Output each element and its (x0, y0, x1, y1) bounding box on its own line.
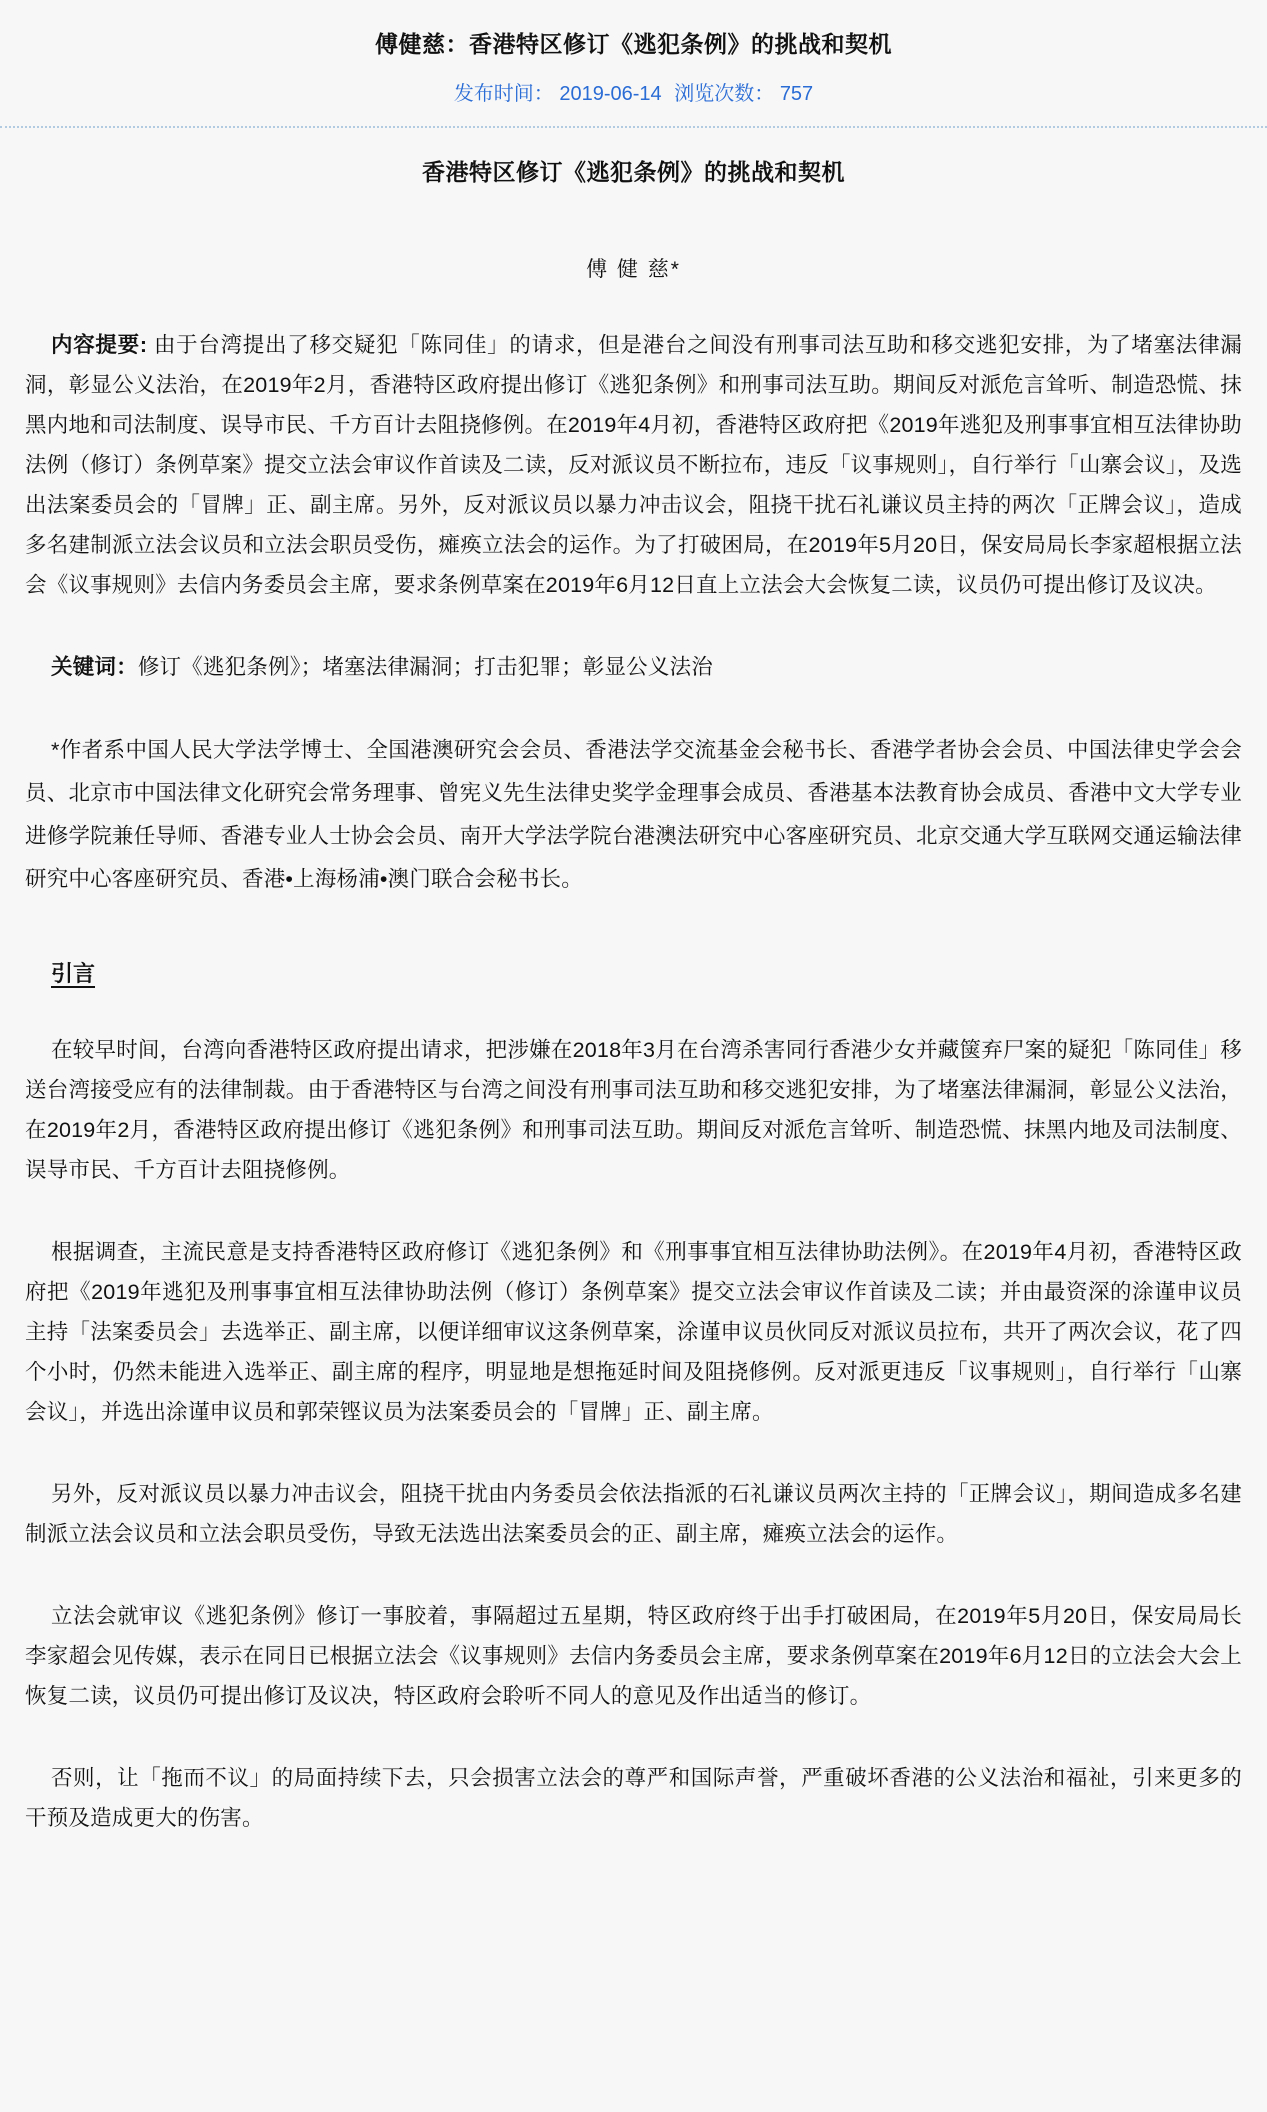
intro-paragraph-5: 否则，让「拖而不议」的局面持续下去，只会损害立法会的尊严和国际声誉，严重破坏香港… (25, 1758, 1242, 1838)
article-body: 香港特区修订《逃犯条例》的挑战和契机 傅 健 慈* 内容提要: 由于台湾提出了移… (25, 154, 1242, 1838)
intro-paragraph-3: 另外，反对派议员以暴力冲击议会，阻挠干扰由内务委员会依法指派的石礼谦议员两次主持… (25, 1474, 1242, 1554)
page-header: 傅健慈：香港特区修订《逃犯条例》的挑战和契机 发布时间： 2019-06-14 … (25, 26, 1242, 106)
abstract-paragraph: 内容提要: 由于台湾提出了移交疑犯「陈同佳」的请求，但是港台之间没有刑事司法互助… (25, 325, 1242, 605)
views-label: 浏览次数： (674, 77, 774, 106)
page-title: 傅健慈：香港特区修订《逃犯条例》的挑战和契机 (25, 26, 1242, 59)
author-footnote: *作者系中国人民大学法学博士、全国港澳研究会会员、香港法学交流基金会秘书长、香港… (25, 729, 1242, 901)
article-title: 香港特区修订《逃犯条例》的挑战和契机 (25, 154, 1242, 187)
abstract-label: 内容提要: (51, 333, 147, 357)
keywords-paragraph: 关键词：修订《逃犯条例》；堵塞法律漏洞；打击犯罪；彰显公义法治 (25, 647, 1242, 687)
intro-paragraph-1: 在较早时间，台湾向香港特区政府提出请求，把涉嫌在2018年3月在台湾杀害同行香港… (25, 1030, 1242, 1190)
intro-paragraph-2: 根据调查，主流民意是支持香港特区政府修订《逃犯条例》和《刑事事宜相互法律协助法例… (25, 1232, 1242, 1432)
publish-meta-line: 发布时间： 2019-06-14 浏览次数： 757 (25, 77, 1242, 106)
article-page: 傅健慈：香港特区修订《逃犯条例》的挑战和契机 发布时间： 2019-06-14 … (0, 0, 1267, 2112)
views-count: 757 (780, 83, 813, 106)
keywords-label: 关键词： (51, 655, 138, 679)
keywords-text: 修订《逃犯条例》；堵塞法律漏洞；打击犯罪；彰显公义法治 (138, 655, 713, 679)
abstract-text: 由于台湾提出了移交疑犯「陈同佳」的请求，但是港台之间没有刑事司法互助和移交逃犯安… (25, 333, 1242, 597)
section-heading-introduction: 引言 (51, 957, 95, 988)
author-name: 傅 健 慈* (25, 253, 1242, 283)
publish-time-label: 发布时间： (454, 77, 554, 106)
publish-date: 2019-06-14 (559, 83, 661, 106)
intro-paragraph-4: 立法会就审议《逃犯条例》修订一事胶着，事隔超过五星期，特区政府终于出手打破困局，… (25, 1596, 1242, 1716)
dotted-divider (0, 126, 1267, 128)
